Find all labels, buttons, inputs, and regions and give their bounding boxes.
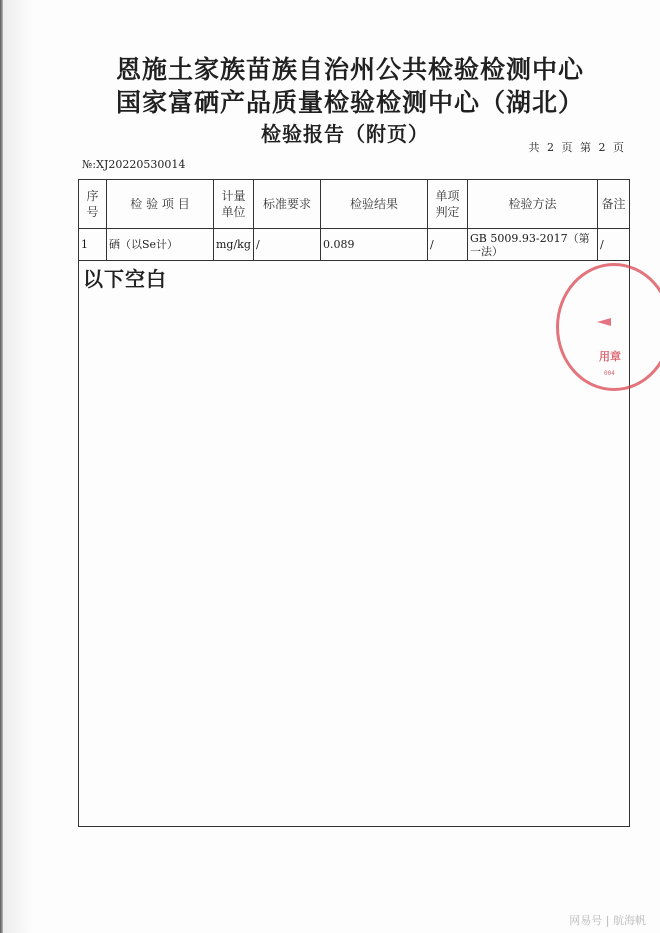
blank-area-cell: 以下空白 [79, 261, 630, 827]
col-header-result: 检验结果 [321, 180, 428, 229]
col-header-item: 检 验 项 目 [107, 180, 214, 229]
cell-unit: mg/kg [214, 229, 254, 261]
cell-remark: / [598, 229, 630, 261]
blank-area-row: 以下空白 [79, 261, 630, 827]
cell-result: 0.089 [321, 229, 428, 261]
table-row: 1 硒（以Se计） mg/kg / 0.089 / GB 5009.93-201… [79, 229, 630, 261]
watermark-text: 网易号 | 航海帆 [569, 912, 646, 928]
org-name-line-2: 国家富硒产品质量检验检测中心（湖北） [0, 83, 660, 119]
col-header-no: 序号 [79, 180, 107, 229]
col-header-judgement: 单项判定 [428, 180, 468, 229]
cell-method: GB 5009.93-2017（第一法） [468, 229, 598, 261]
table-header-row: 序号 检 验 项 目 计量单位 标准要求 检验结果 单项判定 检验方法 备注 [79, 180, 630, 229]
stamp-code: 004 [604, 370, 615, 377]
col-header-standard: 标准要求 [254, 180, 321, 229]
stamp-star-icon [597, 318, 611, 326]
cell-judgement: / [428, 229, 468, 261]
stamp-seal-label: 用章 [599, 348, 621, 364]
col-header-unit: 计量单位 [214, 180, 254, 229]
report-number: №:XJ20220530014 [82, 158, 185, 171]
cell-item: 硒（以Se计） [107, 229, 214, 261]
col-header-method: 检验方法 [468, 180, 598, 229]
inspection-results-table: 序号 检 验 项 目 计量单位 标准要求 检验结果 单项判定 检验方法 备注 1… [78, 179, 630, 827]
cell-no: 1 [79, 229, 107, 261]
blank-below-note: 以下空白 [83, 263, 625, 292]
page-indicator: 共 2 页 第 2 页 [529, 139, 626, 155]
cell-standard: / [254, 229, 321, 261]
stamp-org-text: 州公共检验检测中心 [635, 288, 660, 369]
org-name-line-1: 恩施土家族苗族自治州公共检验检测中心 [0, 50, 660, 86]
official-seal-stamp: 州公共检验检测中心 用章 004 [556, 263, 660, 391]
col-header-remark: 备注 [598, 180, 630, 229]
